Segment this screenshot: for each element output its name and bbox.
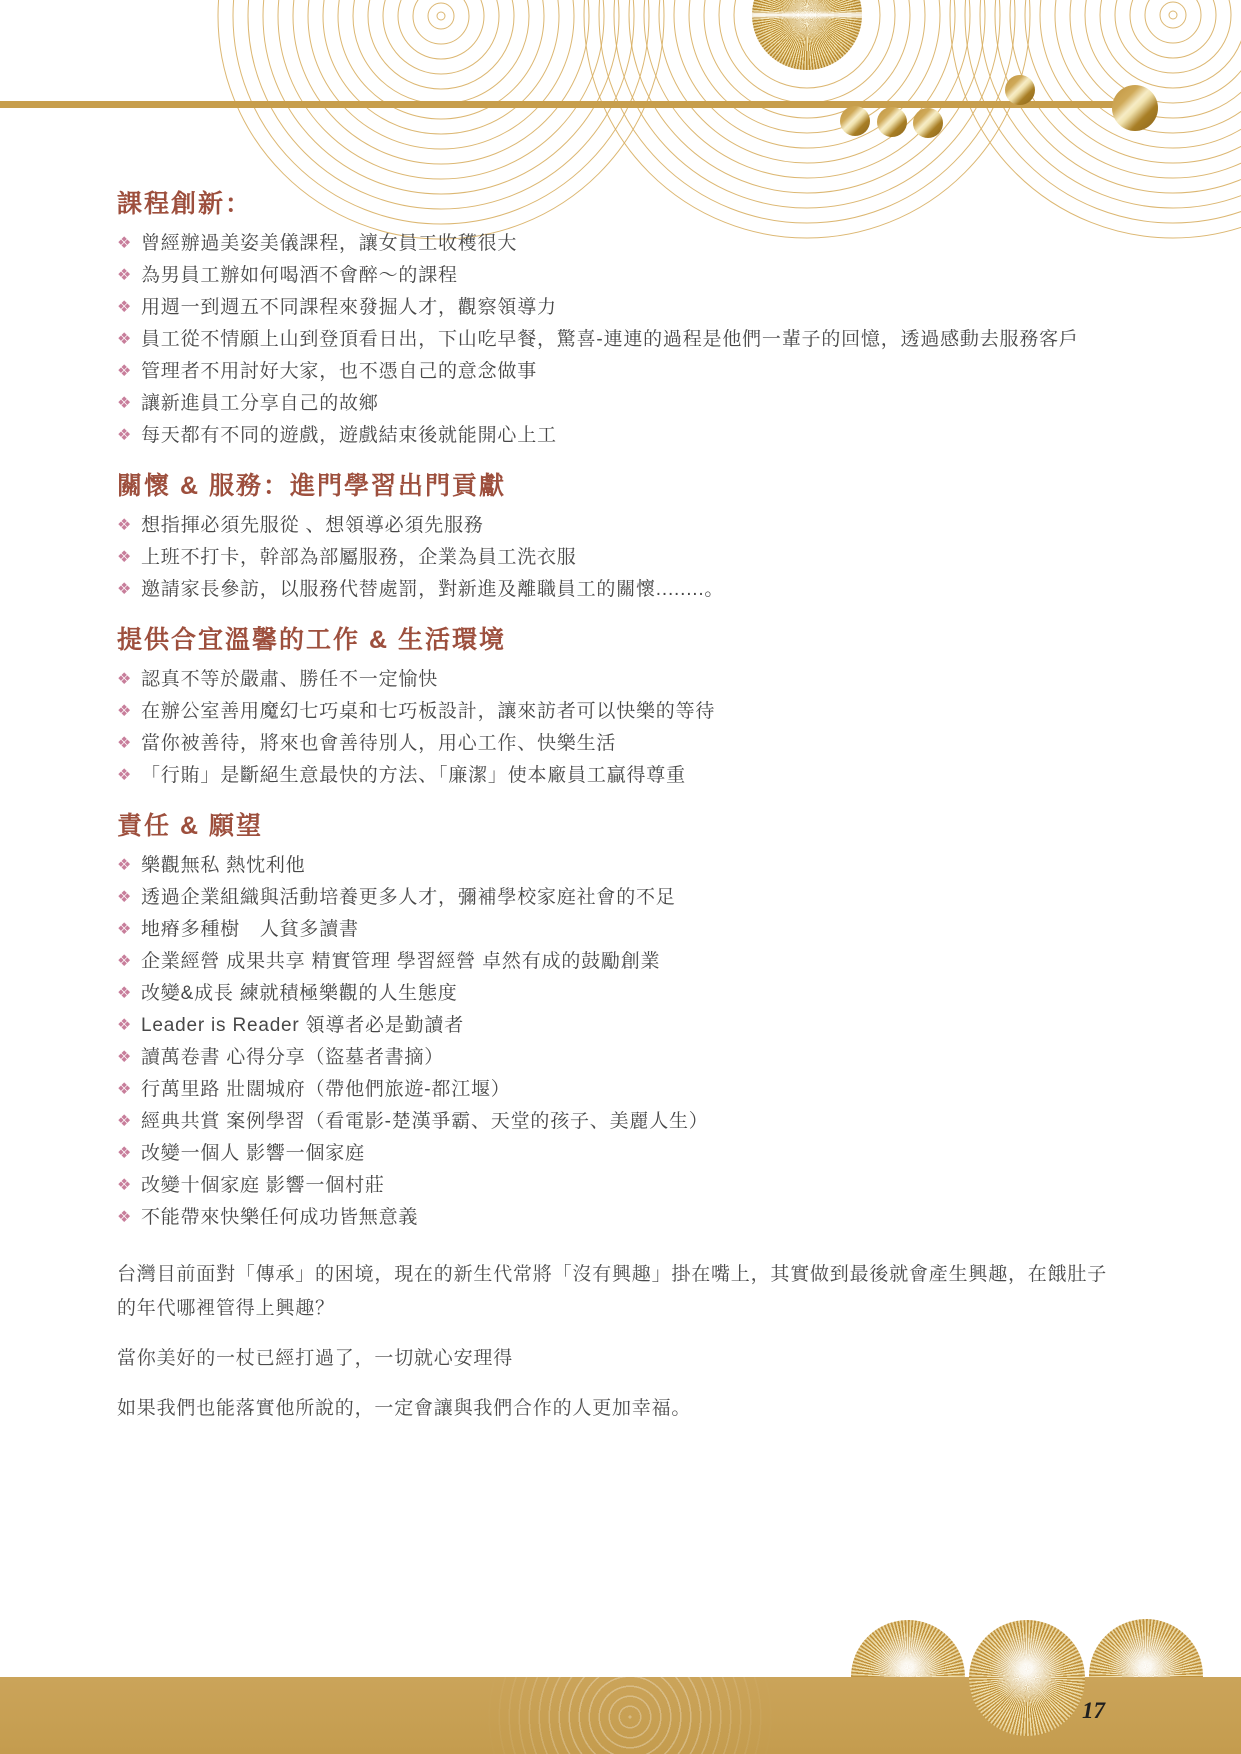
diamond-bullet-icon: ❖ — [117, 1042, 141, 1074]
list-item: ❖想指揮必須先服從 、想領導必須先服務 — [117, 510, 1125, 542]
list-item-text: 每天都有不同的遊戲，遊戲結束後就能開心上工 — [141, 420, 557, 452]
diamond-bullet-icon: ❖ — [117, 574, 141, 606]
gold-sphere-icon — [1112, 85, 1158, 131]
diamond-bullet-icon: ❖ — [117, 324, 141, 356]
list-item: ❖Leader is Reader 領導者必是勤讀者 — [117, 1010, 1125, 1042]
diamond-bullet-icon: ❖ — [117, 728, 141, 760]
diamond-bullet-icon: ❖ — [117, 1170, 141, 1202]
diamond-bullet-icon: ❖ — [117, 664, 141, 696]
list-item-text: 用週一到週五不同課程來發掘人才，觀察領導力 — [141, 292, 557, 324]
closing-paragraph: 台灣目前面對「傳承」的困境，現在的新生代常將「沒有興趣」掛在嘴上，其實做到最後就… — [117, 1258, 1125, 1326]
list-item: ❖每天都有不同的遊戲，遊戲結束後就能開心上工 — [117, 420, 1125, 452]
diamond-bullet-icon: ❖ — [117, 260, 141, 292]
list-item: ❖行萬里路 壯闊城府（帶他們旅遊-都江堰） — [117, 1074, 1125, 1106]
list-item: ❖員工從不情願上山到登頂看日出，下山吃早餐，驚喜-連連的過程是他們一輩子的回憶，… — [117, 324, 1125, 356]
list-item: ❖企業經營 成果共享 精實管理 學習經營 卓然有成的鼓勵創業 — [117, 946, 1125, 978]
list-item: ❖讀萬卷書 心得分享（盜墓者書摘） — [117, 1042, 1125, 1074]
list-item-text: 樂觀無私 熱忱利他 — [141, 850, 305, 882]
gold-sphere-icon — [877, 107, 907, 137]
gold-sphere-icon — [1005, 75, 1035, 105]
list-item: ❖改變十個家庭 影響一個村莊 — [117, 1170, 1125, 1202]
list-item-text: 讀萬卷書 心得分享（盜墓者書摘） — [141, 1042, 444, 1074]
list-item-text: 當你被善待，將來也會善待別人，用心工作、快樂生活 — [141, 728, 616, 760]
list-item: ❖透過企業組織與活動培養更多人才，彌補學校家庭社會的不足 — [117, 882, 1125, 914]
diamond-bullet-icon: ❖ — [117, 850, 141, 882]
list-item-text: 「行賄」是斷絕生意最快的方法、「廉潔」使本廠員工贏得尊重 — [141, 760, 686, 792]
list-item-text: 認真不等於嚴肅、勝任不一定愉快 — [141, 664, 438, 696]
list-item-text: 上班不打卡，幹部為部屬服務，企業為員工洗衣服 — [141, 542, 577, 574]
list-item: ❖用週一到週五不同課程來發掘人才，觀察領導力 — [117, 292, 1125, 324]
list-item: ❖曾經辦過美姿美儀課程，讓女員工收穫很大 — [117, 228, 1125, 260]
diamond-bullet-icon: ❖ — [117, 1106, 141, 1138]
list-item: ❖樂觀無私 熱忱利他 — [117, 850, 1125, 882]
diamond-bullet-icon: ❖ — [117, 1202, 141, 1234]
section-heading: 責任 & 願望 — [117, 810, 1125, 842]
list-item-text: 管理者不用討好大家，也不憑自己的意念做事 — [141, 356, 537, 388]
diamond-bullet-icon: ❖ — [117, 292, 141, 324]
list-item-text: 行萬里路 壯闊城府（帶他們旅遊-都江堰） — [141, 1074, 511, 1106]
main-content: 課程創新： ❖曾經辦過美姿美儀課程，讓女員工收穫很大 ❖為男員工辦如何喝酒不會醉… — [117, 188, 1125, 1426]
gold-sphere-icon — [840, 106, 870, 136]
diamond-bullet-icon: ❖ — [117, 1010, 141, 1042]
list-item-text: Leader is Reader 領導者必是勤讀者 — [141, 1010, 464, 1042]
section-heading: 關懷 & 服務：進門學習出門貢獻 — [117, 470, 1125, 502]
list-item-text: 不能帶來快樂任何成功皆無意義 — [141, 1202, 418, 1234]
list-item-text: 為男員工辦如何喝酒不會醉～的課程 — [141, 260, 458, 292]
diamond-bullet-icon: ❖ — [117, 542, 141, 574]
list-item: ❖改變&成長 練就積極樂觀的人生態度 — [117, 978, 1125, 1010]
diamond-bullet-icon: ❖ — [117, 914, 141, 946]
gold-horizontal-rule — [0, 101, 1113, 108]
list-item-text: 透過企業組織與活動培養更多人才，彌補學校家庭社會的不足 — [141, 882, 676, 914]
diamond-bullet-icon: ❖ — [117, 696, 141, 728]
list-item-text: 改變&成長 練就積極樂觀的人生態度 — [141, 978, 458, 1010]
band-rings-pattern-icon — [480, 1677, 780, 1754]
list-item: ❖讓新進員工分享自己的故鄉 — [117, 388, 1125, 420]
section-heading: 提供合宜溫馨的工作 & 生活環境 — [117, 624, 1125, 656]
diamond-bullet-icon: ❖ — [117, 978, 141, 1010]
list-item: ❖當你被善待，將來也會善待別人，用心工作、快樂生活 — [117, 728, 1125, 760]
list-item-text: 邀請家長參訪，以服務代替處罰，對新進及離職員工的關懷........。 — [141, 574, 724, 606]
section-heading: 課程創新： — [117, 188, 1125, 220]
gold-sphere-icon — [913, 108, 943, 138]
list-item-text: 想指揮必須先服從 、想領導必須先服務 — [141, 510, 484, 542]
list-item-text: 企業經營 成果共享 精實管理 學習經營 卓然有成的鼓勵創業 — [141, 946, 660, 978]
list-item: ❖在辦公室善用魔幻七巧桌和七巧板設計，讓來訪者可以快樂的等待 — [117, 696, 1125, 728]
document-page: 課程創新： ❖曾經辦過美姿美儀課程，讓女員工收穫很大 ❖為男員工辦如何喝酒不會醉… — [0, 0, 1241, 1754]
list-item-text: 經典共賞 案例學習（看電影-楚漢爭霸、天堂的孩子、美麗人生） — [141, 1106, 709, 1138]
list-item: ❖「行賄」是斷絕生意最快的方法、「廉潔」使本廠員工贏得尊重 — [117, 760, 1125, 792]
list-item: ❖改變一個人 影響一個家庭 — [117, 1138, 1125, 1170]
diamond-bullet-icon: ❖ — [117, 882, 141, 914]
diamond-bullet-icon: ❖ — [117, 356, 141, 388]
list-item: ❖地瘠多種樹 人貧多讀書 — [117, 914, 1125, 946]
list-item-text: 改變一個人 影響一個家庭 — [141, 1138, 365, 1170]
closing-paragraph: 當你美好的一杖已經打過了，一切就心安理得 — [117, 1342, 1125, 1376]
list-item-text: 曾經辦過美姿美儀課程，讓女員工收穫很大 — [141, 228, 517, 260]
list-item-text: 員工從不情願上山到登頂看日出，下山吃早餐，驚喜-連連的過程是他們一輩子的回憶，透… — [141, 324, 1079, 356]
diamond-bullet-icon: ❖ — [117, 1074, 141, 1106]
list-item: ❖經典共賞 案例學習（看電影-楚漢爭霸、天堂的孩子、美麗人生） — [117, 1106, 1125, 1138]
list-item: ❖不能帶來快樂任何成功皆無意義 — [117, 1202, 1125, 1234]
diamond-bullet-icon: ❖ — [117, 510, 141, 542]
list-item: ❖為男員工辦如何喝酒不會醉～的課程 — [117, 260, 1125, 292]
list-item-text: 地瘠多種樹 人貧多讀書 — [141, 914, 359, 946]
list-item-text: 讓新進員工分享自己的故鄉 — [141, 388, 379, 420]
page-number: 17 — [1082, 1698, 1105, 1724]
list-item: ❖認真不等於嚴肅、勝任不一定愉快 — [117, 664, 1125, 696]
diamond-bullet-icon: ❖ — [117, 946, 141, 978]
diamond-bullet-icon: ❖ — [117, 760, 141, 792]
diamond-bullet-icon: ❖ — [117, 420, 141, 452]
list-item: ❖管理者不用討好大家，也不憑自己的意念做事 — [117, 356, 1125, 388]
closing-paragraph: 如果我們也能落實他所說的，一定會讓與我們合作的人更加幸福。 — [117, 1392, 1125, 1426]
diamond-bullet-icon: ❖ — [117, 1138, 141, 1170]
list-item: ❖上班不打卡，幹部為部屬服務，企業為員工洗衣服 — [117, 542, 1125, 574]
list-item: ❖邀請家長參訪，以服務代替處罰，對新進及離職員工的關懷........。 — [117, 574, 1125, 606]
gold-fan-circle-icon — [969, 1620, 1085, 1736]
list-item-text: 改變十個家庭 影響一個村莊 — [141, 1170, 385, 1202]
list-item-text: 在辦公室善用魔幻七巧桌和七巧板設計，讓來訪者可以快樂的等待 — [141, 696, 715, 728]
diamond-bullet-icon: ❖ — [117, 388, 141, 420]
diamond-bullet-icon: ❖ — [117, 228, 141, 260]
